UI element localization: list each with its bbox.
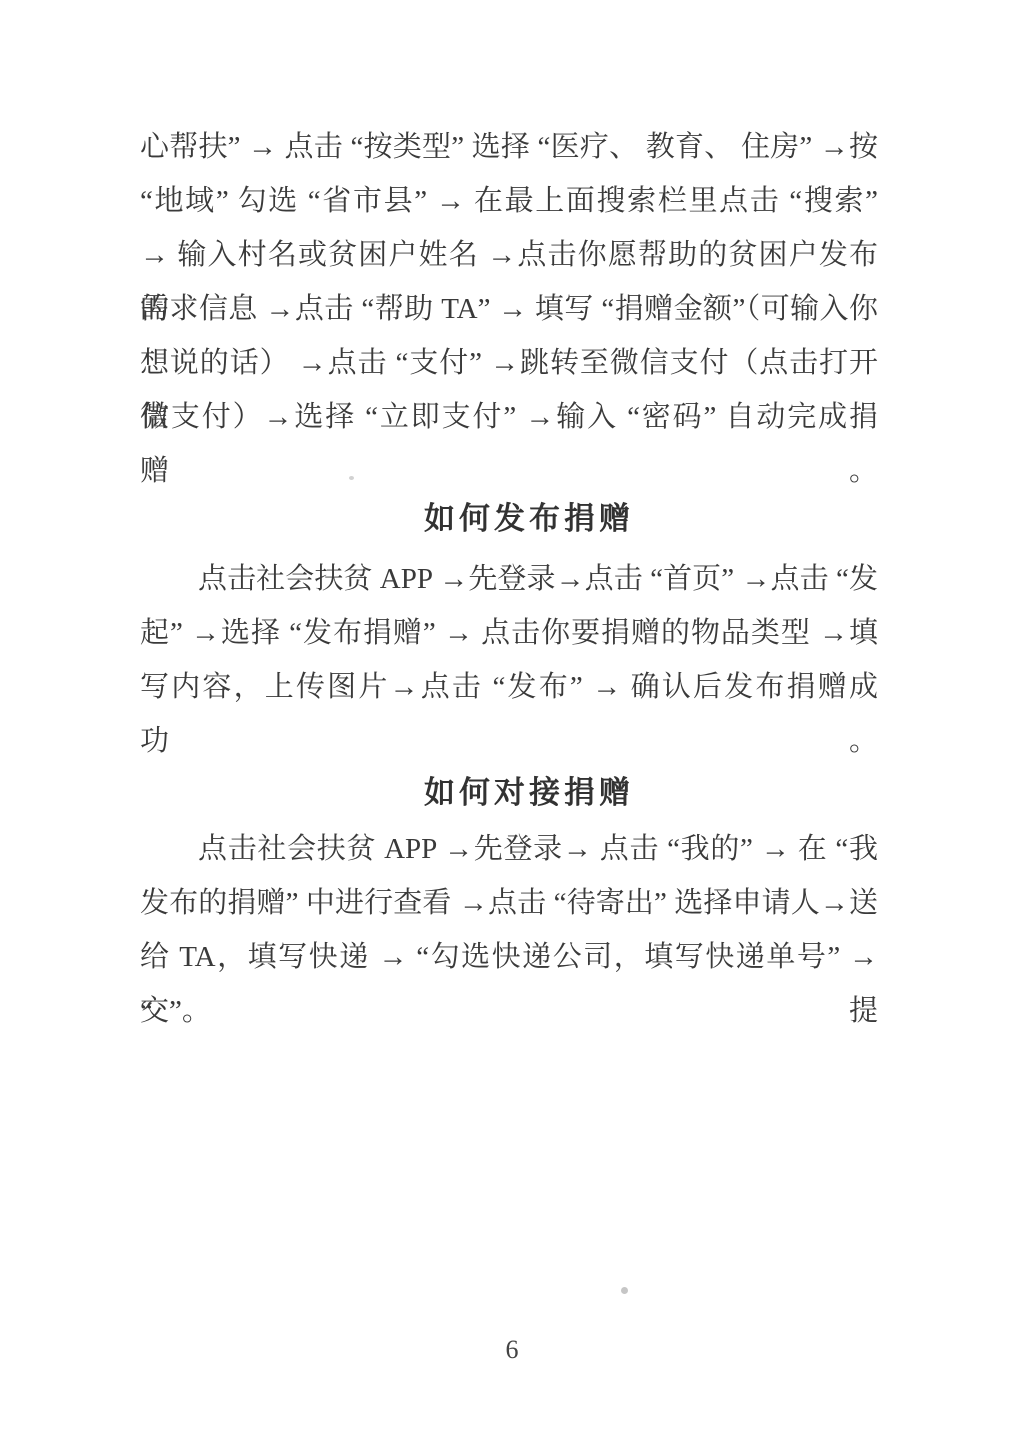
section-heading-connect-donation: 如何对接捐赠 bbox=[160, 766, 898, 820]
paragraph-publish-steps: 点击社会扶贫 APP →先登录→点击 “首页” →点击 “发 起” →选择 “发… bbox=[140, 552, 878, 714]
document-page: 心帮扶” → 点击 “按类型” 选择 “医疗、 教育、 住房” →按 “地域” … bbox=[0, 0, 1024, 1448]
text-line: 心帮扶” → 点击 “按类型” 选择 “医疗、 教育、 住房” →按 bbox=[140, 120, 878, 174]
text-line: 发布的捐赠” 中进行查看 →点击 “待寄出” 选择申请人→送 bbox=[140, 876, 878, 930]
text-line: → 输入村名或贫困户姓名 →点击你愿帮助的贫困户发布的 bbox=[140, 228, 878, 282]
text-line: 点击社会扶贫 APP →先登录→ 点击 “我的” → 在 “我 bbox=[140, 822, 878, 876]
paragraph-donate-steps: 心帮扶” → 点击 “按类型” 选择 “医疗、 教育、 住房” →按 “地域” … bbox=[140, 120, 878, 444]
scan-artifact-dot bbox=[349, 476, 354, 480]
text-line: 想说的话） →点击 “支付” →跳转至微信支付（点击打开微 bbox=[140, 336, 878, 390]
text-line: 起” →选择 “发布捐赠” → 点击你要捐赠的物品类型 →填 bbox=[140, 606, 878, 660]
section-heading-publish-donation: 如何发布捐赠 bbox=[160, 492, 898, 546]
text-line: 信支付）→选择 “立即支付” →输入 “密码” 自动完成捐赠。 bbox=[140, 390, 878, 444]
text-line: 点击社会扶贫 APP →先登录→点击 “首页” →点击 “发 bbox=[140, 552, 878, 606]
text-line: 给 TA，填写快递 → “勾选快递公司，填写快递单号” → “提 bbox=[140, 930, 878, 984]
text-line: “地域” 勾选 “省市县” → 在最上面搜索栏里点击 “搜索” bbox=[140, 174, 878, 228]
scan-artifact-dot bbox=[621, 1287, 628, 1294]
page-number: 6 bbox=[0, 1330, 1024, 1370]
paragraph-connect-steps: 点击社会扶贫 APP →先登录→ 点击 “我的” → 在 “我 发布的捐赠” 中… bbox=[140, 822, 878, 1038]
text-line: 写内容，上传图片→点击 “发布” → 确认后发布捐赠成功。 bbox=[140, 660, 878, 714]
text-line: 需求信息 →点击 “帮助 TA” → 填写 “捐赠金额”（可输入你 bbox=[140, 282, 878, 336]
